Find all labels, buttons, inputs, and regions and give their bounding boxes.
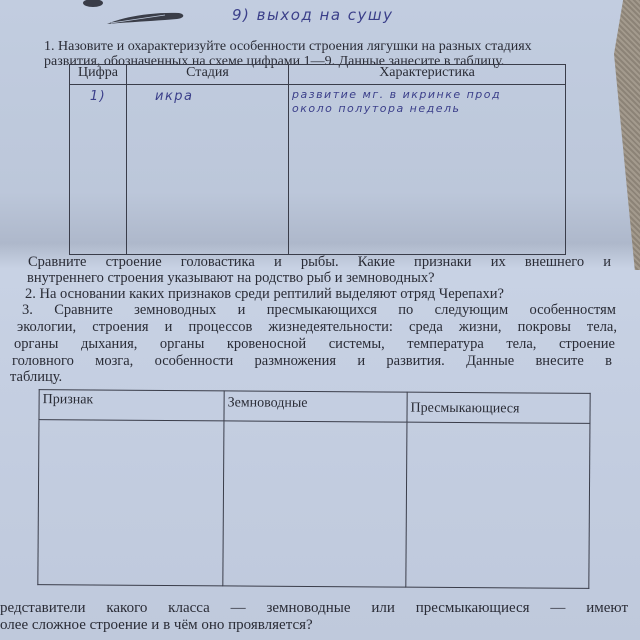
comparison-table: Признак Земноводные Пресмыкающиеся	[37, 389, 590, 589]
characteristic-line1: развитие мг. в икринке прод	[292, 88, 562, 102]
tadpole-drawing	[105, 8, 185, 26]
task3-line3: органы дыхания, органы кровеносной систе…	[14, 336, 615, 352]
table-row: 1) икра развитие мг. в икринке прод окол…	[70, 85, 566, 255]
header-digit: Цифра	[70, 65, 127, 85]
task3-line5: таблицу.	[10, 369, 62, 385]
stage-value: икра	[155, 89, 194, 104]
task3-line4: головного мозга, особенности размножения…	[12, 353, 612, 369]
header-stage: Стадия	[127, 65, 289, 85]
cell-digit[interactable]: 1)	[70, 85, 127, 255]
frog-stages-table: Цифра Стадия Характеристика 1) икра разв…	[69, 64, 566, 255]
task2-text: 2. На основании каких признаков среди ре…	[25, 286, 504, 302]
compare-question-line1: Сравните строение головастика и рыбы. Ка…	[28, 254, 611, 270]
worksheet-page: 9) выход на сушу 1. Назовите и охарактер…	[0, 0, 640, 640]
tadpole-drawing-partial	[82, 0, 104, 8]
compare-question-line2: внутреннего строения указывают на родств…	[27, 270, 435, 286]
characteristic-line2: около полутора недель	[292, 102, 562, 116]
task3-line1: 3. Сравните земноводных и пресмыкающихся…	[22, 302, 616, 318]
header-reptiles: Пресмыкающиеся	[407, 392, 590, 423]
header-feature: Признак	[39, 390, 224, 421]
task1-text-line1: 1. Назовите и охарактеризуйте особенност…	[44, 39, 532, 55]
cell-amphibians[interactable]	[223, 421, 407, 587]
handwritten-stage-9: 9) выход на сушу	[232, 7, 394, 23]
header-amphibians: Земноводные	[224, 391, 407, 422]
cell-stage[interactable]: икра	[127, 85, 289, 255]
task4-line2: олее сложное строение и в чём оно проявл…	[0, 617, 313, 633]
task3-line2: экологии, строения и процессов жизнедеят…	[17, 319, 617, 335]
cell-feature[interactable]	[38, 420, 224, 586]
header-characteristic: Характеристика	[289, 65, 566, 85]
task4-line1: редставители какого класса — земноводные…	[0, 600, 628, 616]
cell-characteristic[interactable]: развитие мг. в икринке прод около полуто…	[289, 85, 566, 255]
cell-reptiles[interactable]	[406, 422, 590, 588]
fabric-background	[614, 0, 640, 270]
table-row	[38, 420, 590, 589]
